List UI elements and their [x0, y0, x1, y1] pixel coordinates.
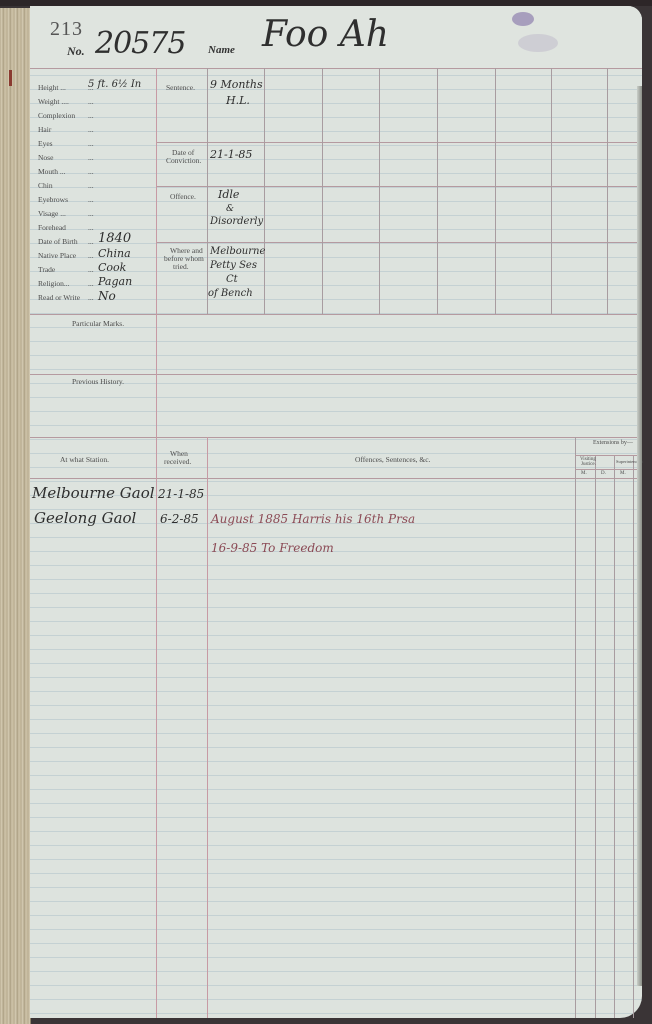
ink-stamp [512, 12, 534, 26]
date-conviction-label: Conviction. [166, 156, 201, 165]
column-rule [607, 68, 608, 314]
leader-dots: ... [88, 195, 94, 204]
tried-value: Melbourne [210, 246, 265, 257]
page-curl-shadow [637, 86, 642, 986]
leader-dots: ... [88, 139, 94, 148]
field-label: Nose [38, 153, 53, 162]
read-write-value: No [98, 289, 116, 303]
leader-dots: ... [88, 167, 94, 176]
ink-stamp-faded [518, 34, 558, 52]
column-rule [575, 437, 576, 1018]
sentence-type-value: H.L. [226, 94, 250, 107]
months-header: M. [581, 471, 587, 476]
rule [575, 469, 642, 470]
native-place-value: China [98, 247, 131, 260]
column-rule [495, 68, 496, 314]
column-rule [614, 455, 615, 1018]
rule [156, 242, 642, 243]
trade-value: Cook [98, 261, 126, 274]
tried-label: tried. [173, 262, 189, 271]
sentence-value: 9 Months [210, 78, 263, 91]
column-rule [264, 68, 265, 314]
when-header: received. [164, 457, 191, 466]
column-rule [379, 68, 380, 314]
field-label: Eyes [38, 139, 53, 148]
column-rule [207, 437, 208, 1018]
leader-dots: ... [88, 293, 94, 302]
field-label: Trade [38, 265, 55, 274]
leader-dots: ... [88, 209, 94, 218]
particular-marks-label: Particular Marks. [72, 319, 124, 328]
rule [30, 374, 642, 375]
column-rule [437, 68, 438, 314]
field-label: Mouth ... [38, 167, 66, 176]
offences-cell: 16-9-85 To Freedom [211, 541, 334, 555]
offence-value: Disorderly [210, 216, 263, 227]
tried-value: Petty Ses [210, 260, 257, 271]
field-label: Forehead [38, 223, 66, 232]
leader-dots: ... [88, 237, 94, 246]
field-label: Read or Write [38, 293, 80, 302]
station-cell: Melbourne Gaol [32, 484, 155, 502]
prisoner-number: 20575 [95, 26, 185, 61]
leader-dots: ... [88, 223, 94, 232]
column-rule [551, 68, 552, 314]
religion-value: Pagan [98, 275, 132, 288]
offence-label: Offence. [170, 192, 196, 201]
station-cell: Geelong Gaol [34, 509, 136, 527]
field-label: Complexion [38, 111, 75, 120]
birth-date-value: 1840 [98, 231, 131, 246]
leader-dots: ... [88, 125, 94, 134]
rule [30, 437, 642, 438]
field-label: Religion... [38, 279, 69, 288]
page-number: 213 [50, 18, 83, 41]
field-label: Height ... [38, 83, 66, 92]
rule [156, 142, 642, 143]
leader-dots: ... [88, 153, 94, 162]
rule [156, 186, 642, 187]
column-rule [633, 455, 634, 1018]
extensions-header: Extensions by— [593, 440, 633, 446]
field-label: Weight .... [38, 97, 69, 106]
months-header: M. [620, 471, 626, 476]
column-rule [595, 455, 596, 1018]
offences-header: Offences, Sentences, &c. [355, 455, 430, 464]
rule [575, 455, 642, 456]
field-label: Native Place [38, 251, 76, 260]
offence-value: & [226, 204, 234, 214]
received-cell: 21-1-85 [158, 487, 204, 501]
leader-dots: ... [88, 111, 94, 120]
tried-value: of Bench [208, 288, 253, 299]
prisoner-name: Foo Ah [262, 14, 389, 55]
sentence-label: Sentence. [166, 83, 195, 92]
date-conviction-value: 21-1-85 [210, 148, 252, 161]
station-header: At what Station. [60, 455, 109, 464]
height-value: 5 ft. 6½ In [88, 79, 141, 90]
offences-cell: August 1885 Harris his 16th Prsa [211, 512, 415, 526]
column-rule [156, 68, 157, 1018]
visiting-justice-header: Justice. [581, 462, 596, 467]
leader-dots: ... [88, 265, 94, 274]
field-label: Date of Birth [38, 237, 78, 246]
field-label: Visage ... [38, 209, 66, 218]
prisoner-name-label: Name [208, 44, 235, 56]
rule [30, 478, 642, 479]
leader-dots: ... [88, 181, 94, 190]
leader-dots: ... [88, 97, 94, 106]
register-page: 213 No. 20575 Name Foo Ah Height ... Wei… [30, 6, 642, 1018]
received-cell: 6-2-85 [160, 512, 199, 526]
offence-value: Idle [218, 188, 239, 201]
rule [30, 314, 642, 315]
book-page-edges [0, 8, 31, 1024]
leader-dots: ... [88, 251, 94, 260]
bookmark-ribbon [9, 70, 12, 86]
page-header: 213 No. 20575 Name Foo Ah [30, 6, 642, 68]
days-header: D. [601, 471, 606, 476]
leader-dots: ... [88, 279, 94, 288]
column-rule [322, 68, 323, 314]
tried-value: Ct [226, 274, 238, 285]
field-label: Hair [38, 125, 51, 134]
previous-history-label: Previous History. [72, 377, 124, 386]
field-label: Chin [38, 181, 53, 190]
prisoner-number-label: No. [67, 44, 85, 59]
column-rule [207, 68, 208, 314]
field-label: Eyebrows [38, 195, 68, 204]
